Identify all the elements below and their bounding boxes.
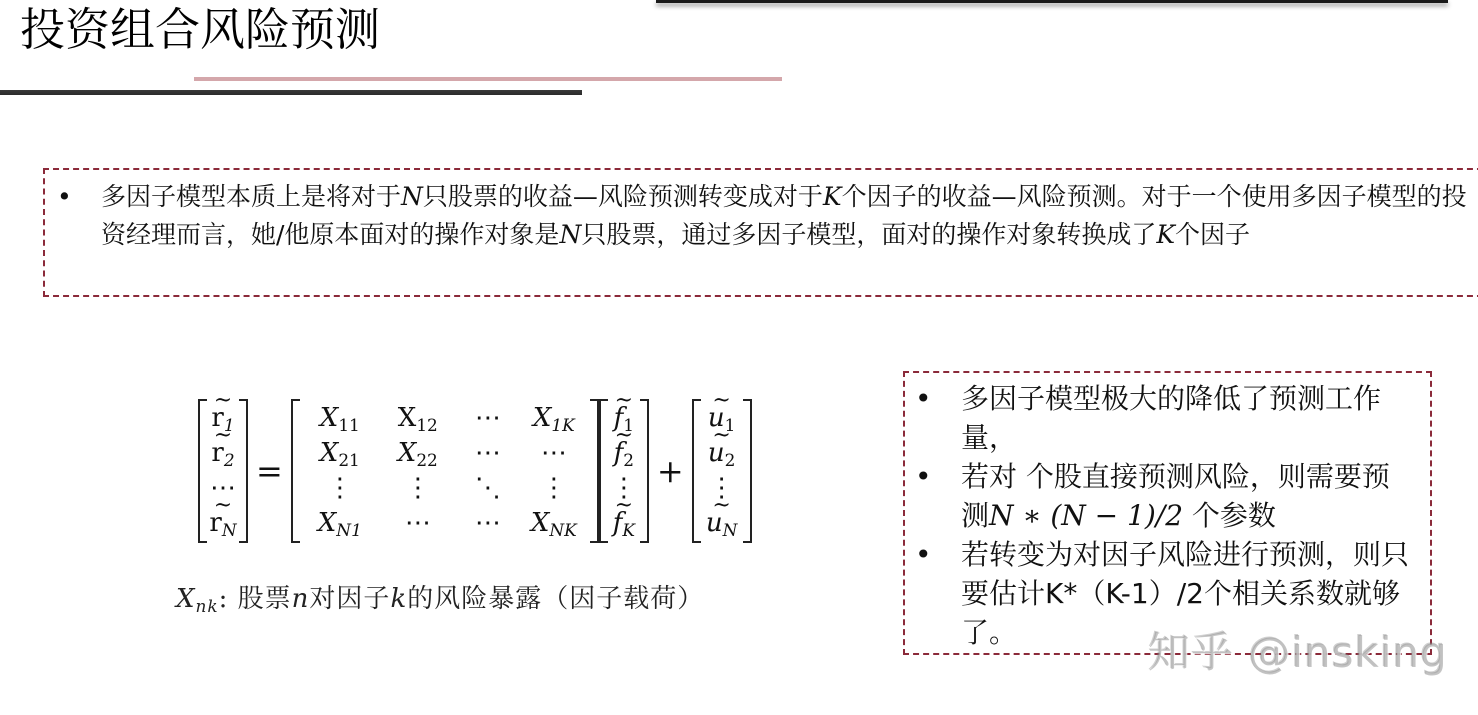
matrix-cell: ⋮ [541, 471, 567, 506]
text-segment: 个因子 [1175, 220, 1250, 249]
text-segment: 多因子模型本质上是将对于 [101, 182, 401, 211]
matrix-cell: XN1 [318, 506, 362, 541]
bullet-icon: • [915, 535, 932, 574]
parameter-count-formula: N ∗ (N − 1)/2 [989, 499, 1183, 532]
matrix-cell: X1K [533, 401, 575, 436]
math-variable-k: K [1156, 220, 1175, 249]
matrix-cell: ⋮ [327, 471, 353, 506]
matrix-cell: f2 [614, 436, 634, 471]
watermark: 知乎 @insking [1148, 620, 1448, 680]
math-variable-n: N [559, 220, 581, 249]
matrix-cell: ⋯ [475, 436, 501, 471]
summary-bullet: • 多因子模型极大的降低了预测工作量， [905, 379, 1430, 457]
math-variable-n: N [401, 182, 423, 211]
summary-callout-box: • 多因子模型极大的降低了预测工作量， • 若对 个股直接预测风险，则需要预测N… [903, 371, 1432, 655]
bullet-icon: • [57, 178, 72, 216]
plus-sign: + [657, 452, 684, 490]
summary-bullet-list: • 多因子模型极大的降低了预测工作量， • 若对 个股直接预测风险，则需要预测N… [905, 379, 1430, 652]
slide-title: 投资组合风险预测 [20, 2, 380, 58]
factor-return-vector: f1 f2 ⋮ fK [599, 399, 649, 543]
equation-caption: Xnk: 股票n对因子k的风险暴露（因子载荷） [176, 578, 704, 616]
intro-bullet: • 多因子模型本质上是将对于N只股票的收益—风险预测转变成对于K个因子的收益—风… [45, 178, 1478, 254]
matrix-cell: X11 [320, 401, 360, 436]
matrix-cell: ⋯ [405, 506, 431, 541]
matrix-cell: r2 [211, 436, 234, 471]
math-variable-k: K [823, 182, 842, 211]
matrix-cell: X21 [320, 436, 360, 471]
intro-bullet-list: • 多因子模型本质上是将对于N只股票的收益—风险预测转变成对于K个因子的收益—风… [45, 178, 1478, 254]
title-underline-dark [0, 90, 582, 95]
matrix-cell: X12 [398, 401, 438, 436]
matrix-cell: ⋮ [405, 471, 431, 506]
text-segment: 只股票，通过多因子模型，面对的操作对象转换成了 [581, 220, 1156, 249]
matrix-cell: uN [706, 506, 738, 541]
text-segment: 只股票的收益—风险预测转变成对于 [423, 182, 823, 211]
exposure-matrix: X11 X12 ⋯ X1K X21 X22 ⋯ ⋯ ⋮ ⋮ ⋱ ⋮ XN1 ⋯ … [291, 399, 599, 543]
equals-sign: = [256, 452, 283, 490]
matrix-cell: ⋯ [541, 436, 567, 471]
residual-vector: u1 u2 ⋮ uN [692, 399, 752, 543]
matrix-cell: fK [613, 506, 635, 541]
top-decorative-bar [656, 0, 1448, 3]
matrix-cell: XNK [531, 506, 577, 541]
intro-callout-box: • 多因子模型本质上是将对于N只股票的收益—风险预测转变成对于K个因子的收益—风… [43, 168, 1478, 297]
matrix-cell: ⋯ [475, 401, 501, 436]
matrix-cell: ⋱ [475, 471, 501, 506]
matrix-cell: ⋯ [475, 506, 501, 541]
summary-bullet: • 若对 个股直接预测风险，则需要预测N ∗ (N − 1)/2 个参数 [905, 457, 1430, 535]
matrix-cell: rN [209, 506, 236, 541]
title-underline-pink [194, 77, 782, 81]
matrix-cell: X22 [398, 436, 438, 471]
factor-model-equation: r1 r2 ⋯ rN = X11 X12 ⋯ X1K X21 X22 ⋯ ⋯ ⋮… [198, 395, 752, 547]
bullet-icon: • [915, 379, 932, 418]
matrix-cell: u2 [708, 436, 736, 471]
bullet-icon: • [915, 457, 932, 496]
return-vector: r1 r2 ⋯ rN [198, 399, 248, 543]
caption-variable: X [176, 584, 196, 614]
